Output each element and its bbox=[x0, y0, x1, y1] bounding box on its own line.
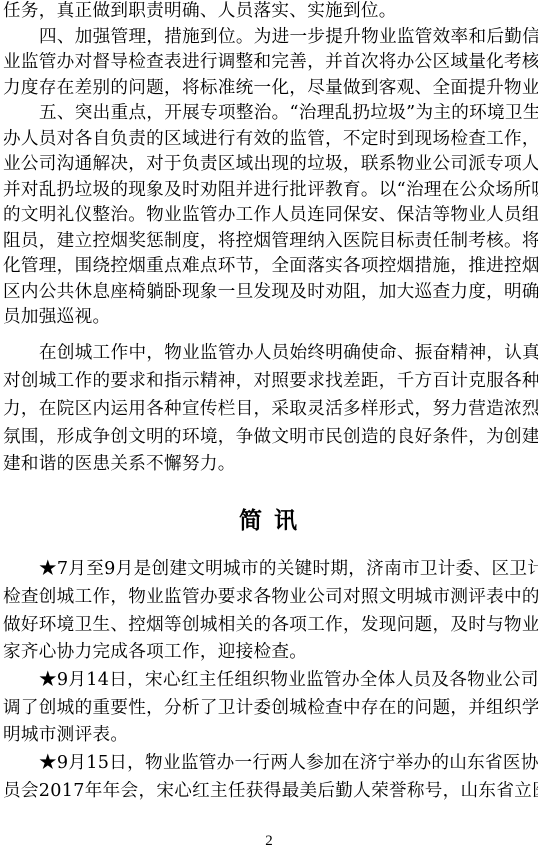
news-line: 家齐心协力完成各项工作，迎接检查。 bbox=[3, 641, 527, 663]
paragraph-line: 化管理，围绕控烟重点难点环节，全面落实各项控烟措施，推进控烟禁烟工作。对于院 bbox=[3, 255, 527, 277]
paragraph-line: 建和谐的医患关系不懈努力。 bbox=[3, 453, 527, 475]
paragraph-line: 对创城工作的要求和指示精神，对照要求找差距，千方百计克服各种困难，变压力为动 bbox=[3, 370, 527, 392]
paragraph-line: 任务，真正做到职责明确、人员落实、实施到位。 bbox=[3, 0, 527, 22]
news-line: ★9月14日，宋心红主任组织物业监管办全体人员及各物业公司经理召开会议，强 bbox=[3, 669, 527, 691]
paragraph-line: 力度存在差别的问题，将标准统一化，尽量做到客观、全面提升物业智能化服务水平。 bbox=[3, 77, 527, 99]
paragraph-line: 员加强巡视。 bbox=[3, 306, 527, 328]
news-line: 员会2017年年会，宋心红主任获得最美后勤人荣誉称号，山东省立医院物业监管办创作 bbox=[3, 780, 527, 802]
news-line: 检查创城工作，物业监管办要求各物业公司对照文明城市测评表中的要求，高度重视， bbox=[3, 586, 527, 608]
paragraph-line: 力，在院区内运用各种宣传栏目，采取灵活多样形式，努力营造浓烈的创建文明城市的 bbox=[3, 398, 527, 420]
paragraph-line: 氛围，形成争创文明的环境，争做文明市民创造的良好条件，为创建文明城市工作及构 bbox=[3, 426, 527, 448]
paragraph-line: 业公司沟通解决，对于负责区域出现的垃圾，联系物业公司派专项人员及时进行打扫， bbox=[3, 153, 527, 175]
paragraph-line: 并对乱扔垃圾的现象及时劝阻并进行批评教育。以“治理在公众场所吸烟及躺卧”为主 bbox=[3, 179, 527, 201]
news-line: 明城市测评表。 bbox=[3, 724, 527, 746]
paragraph-line: 在创城工作中，物业监管办人员始终明确使命、振奋精神，认真学习领会上级领导 bbox=[3, 342, 527, 364]
page-number: 2 bbox=[3, 832, 535, 850]
news-line: ★7月至9月是创建文明城市的关键时期，济南市卫计委、区卫计委领导多次来医院 bbox=[3, 558, 527, 580]
section-heading: 简 讯 bbox=[3, 507, 535, 535]
paragraph-line: 区内公共休息座椅躺卧现象一旦发现及时劝阻，加大巡查力度，明确分工，安排专门人 bbox=[3, 281, 527, 303]
news-line: ★9月15日，物业监管办一行两人参加在济宁举办的山东省医协会后勤管理专业委 bbox=[3, 752, 527, 774]
paragraph-line: 办人员对各自负责的区域进行有效的监管，不定时到现场检查工作，发现问题及时与物 bbox=[3, 128, 527, 150]
paragraph-line: 阻员，建立控烟奖惩制度，将控烟管理纳入医院目标责任制考核。将控烟工作纳入常态 bbox=[3, 230, 527, 252]
paragraph-line: 四、加强管理，措施到位。为进一步提升物业监管效率和后勤信息化管理水平，物 bbox=[3, 26, 527, 48]
paragraph-line: 业监管办对督导检查表进行调整和完善，并首次将办公区域量化考核。解决了旧表尺度、 bbox=[3, 51, 527, 73]
news-line: 调了创城的重要性，分析了卫计委创城检查中存在的问题，并组织学习医疗单位创建文 bbox=[3, 697, 527, 719]
paragraph-line: 的文明礼仪整治。物业监管办工作人员连同保安、保洁等物业人员组成控烟督导员和劝 bbox=[3, 204, 527, 226]
paragraph-line: 五、突出重点，开展专项整治。“治理乱扔垃圾”为主的环境卫生整治。物业监管 bbox=[3, 102, 527, 124]
news-line: 做好环境卫生、控烟等创城相关的各项工作，发现问题，及时与物业公司沟通解决，大 bbox=[3, 614, 527, 636]
